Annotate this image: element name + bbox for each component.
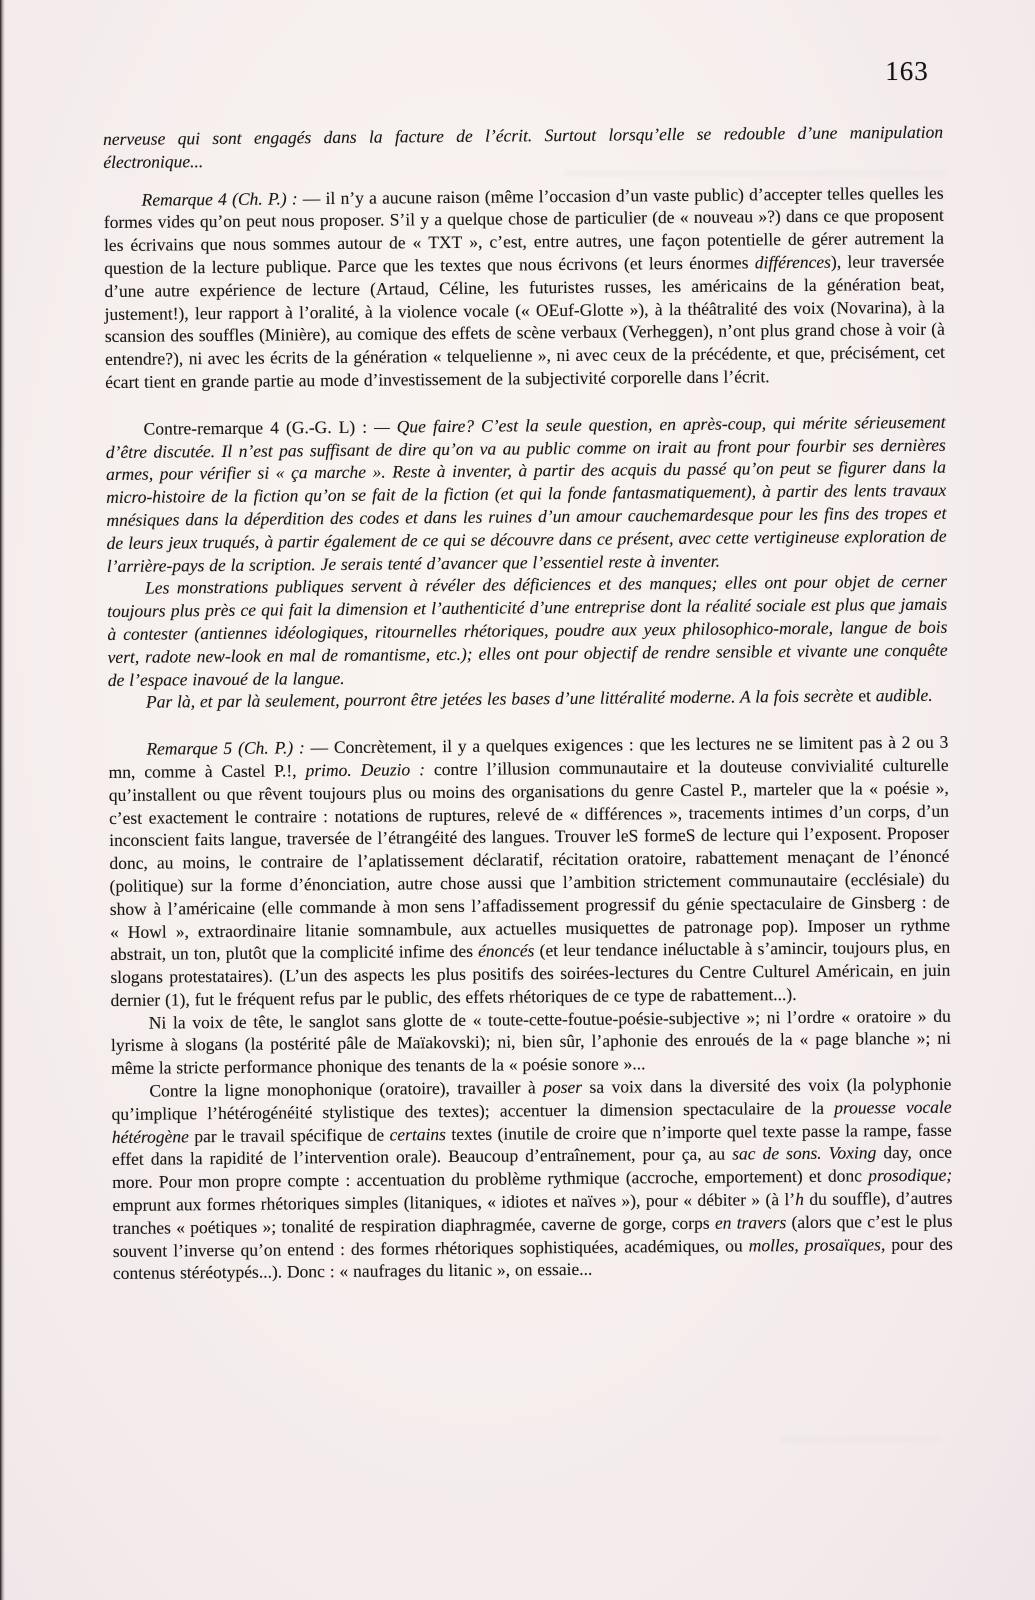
text-run: Contre la ligne monophonique (oratoire),… <box>149 1077 543 1100</box>
italic-text-run: h <box>795 1189 804 1209</box>
text-run: emprunt aux formes rhétoriques simples (… <box>112 1189 795 1215</box>
italic-text-run: sac de sons. Voxing <box>732 1143 876 1164</box>
paragraph: Ni la voix de tête, le sanglot sans glot… <box>111 1004 952 1080</box>
italic-text-run: Remarque 5 (Ch. P.) : <box>146 737 305 758</box>
italic-text-run: en travers <box>715 1212 787 1233</box>
italic-text-run: Remarque 4 (Ch. P.) : <box>142 188 298 209</box>
italic-text-run: Les monstrations publiques servent à rév… <box>107 571 948 690</box>
page-text: nerveuse qui sont engagés dans la factur… <box>103 121 953 1286</box>
italic-text-run: différences <box>755 252 831 273</box>
text-run: Contre-remarque 4 (G.-G. L) : <box>144 416 368 438</box>
book-page: { "page": { "number": "163" }, "content"… <box>0 0 1035 1600</box>
text-run: Ni la voix de tête, le sanglot sans glot… <box>111 1005 951 1078</box>
paragraph: Remarque 4 (Ch. P.) : — il n’y a aucune … <box>104 181 946 393</box>
paragraph: nerveuse qui sont engagés dans la factur… <box>103 121 943 174</box>
ink-bleed-artifact <box>780 1438 940 1460</box>
paragraph: Contre-remarque 4 (G.-G. L) : — Que fair… <box>106 410 947 577</box>
italic-text-run: molles, prosaïques, <box>749 1234 886 1255</box>
italic-text-run: Par là, et par là seulement, pourront êt… <box>146 686 858 712</box>
italic-text-run: certains <box>389 1124 446 1144</box>
italic-text-run: primo. Deuzio : <box>305 759 425 780</box>
page-number: 163 <box>870 56 944 87</box>
italic-text-run: poser <box>543 1077 582 1097</box>
paragraph: Les monstrations publiques servent à rév… <box>107 570 948 691</box>
text-run: et <box>858 686 871 706</box>
italic-text-run: audible. <box>871 685 933 706</box>
italic-text-run: nerveuse qui sont engagés dans la factur… <box>103 122 943 172</box>
text-run: par le travail spécifique de <box>189 1124 390 1146</box>
italic-text-run: prosodique; <box>868 1165 952 1186</box>
italic-text-run: énoncés <box>478 941 535 961</box>
paragraph: Contre la ligne monophonique (oratoire),… <box>111 1073 953 1285</box>
scan-page-edge <box>0 0 5 1600</box>
paragraph: Remarque 5 (Ch. P.) : — Concrètement, il… <box>108 731 950 1012</box>
text-run: contre l’illusion communautaire et la do… <box>109 755 950 965</box>
